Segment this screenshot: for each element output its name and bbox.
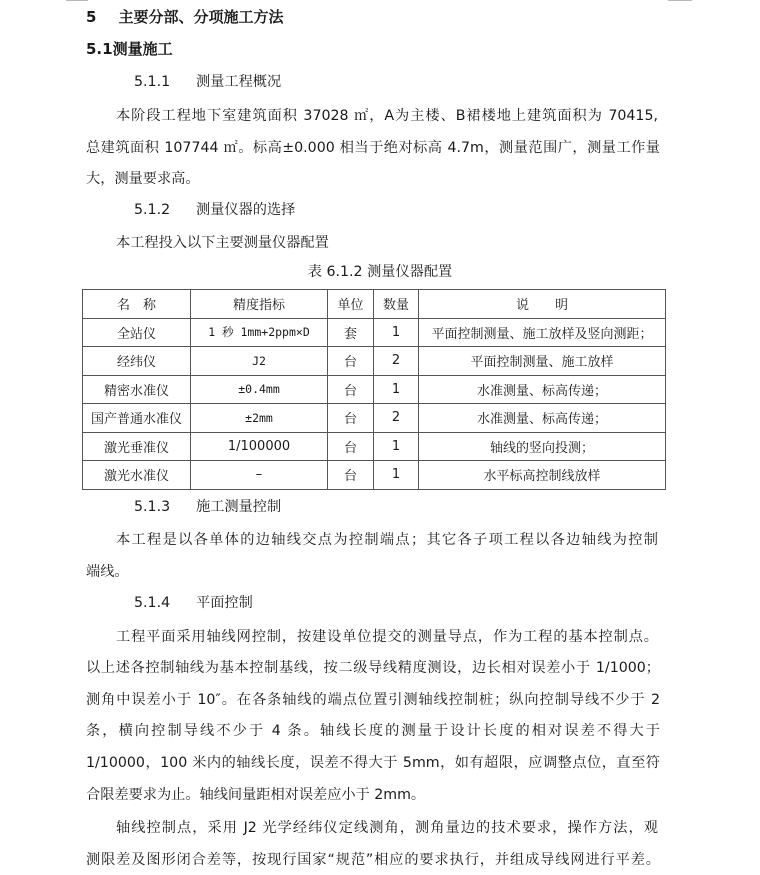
cell-precision: J2 <box>191 347 328 376</box>
cell-quantity: 1 <box>374 318 419 347</box>
section-number: 5.1.2 <box>134 200 196 220</box>
paragraph-line: 合限差要求为止。轴线间量距相对误差应小于 2mm。 <box>86 785 425 805</box>
cell-unit: 台 <box>328 432 374 461</box>
cell-name: 激光水准仪 <box>83 461 191 490</box>
page-corner-mark-left <box>66 0 88 1</box>
header-cell-quantity: 数量 <box>374 290 419 319</box>
section-number: 5.1.4 <box>134 593 196 613</box>
paragraph-line: 条，横向控制导线不少于 4 条。轴线长度的测量于设计长度的相对误差不得大于 <box>86 721 660 741</box>
cell-precision: ±0.4mm <box>191 375 328 404</box>
paragraph-line: 1/10000，100 米内的轴线长度，误差不得大于 5mm，如有超限，应调整点… <box>86 753 660 773</box>
section-heading-5-1-1: 5.1.1测量工程概况 <box>134 72 281 92</box>
cell-quantity: 1 <box>374 432 419 461</box>
table-row: 激光水准仪 – 台 1 水平标高控制线放样 <box>83 461 666 490</box>
header-cell-precision: 精度指标 <box>191 290 328 319</box>
section-heading-5-1-4: 5.1.4平面控制 <box>134 593 253 613</box>
cell-quantity: 2 <box>374 404 419 433</box>
cell-quantity: 1 <box>374 461 419 490</box>
cell-precision: 1/100000 <box>191 432 328 461</box>
cell-unit: 台 <box>328 404 374 433</box>
table-row: 经纬仪 J2 台 2 平面控制测量、施工放样 <box>83 347 666 376</box>
section-heading-5-1-2: 5.1.2测量仪器的选择 <box>134 200 295 220</box>
section-title: 测量仪器的选择 <box>196 202 295 218</box>
table-row: 国产普通水准仪 ±2mm 台 2 水准测量、标高传递； <box>83 404 666 433</box>
cell-name: 国产普通水准仪 <box>83 404 191 433</box>
cell-name: 经纬仪 <box>83 347 191 376</box>
section-number: 5.1.3 <box>134 497 196 517</box>
section-title: 施工测量控制 <box>196 499 281 515</box>
cell-description: 轴线的竖向投测； <box>419 432 666 461</box>
paragraph-line: 本工程投入以下主要测量仪器配置 <box>116 233 329 253</box>
cell-description: 水准测量、标高传递； <box>419 375 666 404</box>
header-cell-name: 名 称 <box>83 290 191 319</box>
section-number: 5.1.1 <box>134 72 196 92</box>
table-row: 激光垂准仪 1/100000 台 1 轴线的竖向投测； <box>83 432 666 461</box>
cell-name: 全站仪 <box>83 318 191 347</box>
heading-1-number: 5 <box>86 8 96 26</box>
header-cell-description: 说 明 <box>419 290 666 319</box>
cell-description: 水平标高控制线放样 <box>419 461 666 490</box>
paragraph-line: 轴线控制点，采用 J2 光学经纬仪定线测角，测角量边的技术要求，操作方法，观 <box>116 818 658 838</box>
header-cell-unit: 单位 <box>328 290 374 319</box>
cell-quantity: 2 <box>374 347 419 376</box>
cell-description: 平面控制测量、施工放样及竖向测距； <box>419 318 666 347</box>
heading-1: 5主要分部、分项施工方法 <box>86 7 283 27</box>
cell-precision: ±2mm <box>191 404 328 433</box>
paragraph-line: 端线。 <box>86 562 129 582</box>
cell-name: 精密水准仪 <box>83 375 191 404</box>
heading-2: 5.1测量施工 <box>86 39 173 59</box>
section-heading-5-1-3: 5.1.3施工测量控制 <box>134 497 281 517</box>
paragraph-line: 本阶段工程地下室建筑面积 37028 ㎡，A为主楼、B裙楼地上建筑面积为 704… <box>116 106 658 126</box>
cell-precision: 1 秒 1mm+2ppm×D <box>191 318 328 347</box>
cell-precision: – <box>191 461 328 490</box>
paragraph-line: 测角中误差小于 10″。在各条轴线的端点位置引测轴线控制桩；纵向控制导线不少于 … <box>86 690 660 710</box>
cell-quantity: 1 <box>374 375 419 404</box>
cell-name: 激光垂准仪 <box>83 432 191 461</box>
heading-1-title: 主要分部、分项施工方法 <box>118 8 283 26</box>
section-title: 测量工程概况 <box>196 74 281 90</box>
paragraph-line: 测限差及图形闭合差等，按现行国家“规范”相应的要求执行，并组成导线网进行平差。 <box>86 850 660 870</box>
cell-unit: 台 <box>328 461 374 490</box>
paragraph-line: 本工程是以各单体的边轴线交点为控制端点；其它各子项工程以各边轴线为控制 <box>116 530 658 550</box>
page-corner-mark-right <box>668 0 692 1</box>
cell-unit: 台 <box>328 375 374 404</box>
paragraph-line: 大，测量要求高。 <box>86 169 200 189</box>
table-caption: 表 6.1.2 测量仪器配置 <box>0 262 760 282</box>
cell-description: 平面控制测量、施工放样 <box>419 347 666 376</box>
cell-description: 水准测量、标高传递； <box>419 404 666 433</box>
cell-unit: 套 <box>328 318 374 347</box>
table-row: 全站仪 1 秒 1mm+2ppm×D 套 1 平面控制测量、施工放样及竖向测距； <box>83 318 666 347</box>
paragraph-line: 总建筑面积 107744 ㎡。标高±0.000 相当于绝对标高 4.7m，测量范… <box>86 138 660 158</box>
instrument-table: 名 称 精度指标 单位 数量 说 明 全站仪 1 秒 1mm+2ppm×D 套 … <box>82 289 666 490</box>
table-row: 精密水准仪 ±0.4mm 台 1 水准测量、标高传递； <box>83 375 666 404</box>
paragraph-line: 工程平面采用轴线网控制，按建设单位提交的测量导点，作为工程的基本控制点。 <box>116 627 658 647</box>
paragraph-line: 以上述各控制轴线为基本控制基线，按二级导线精度测设，边长相对误差小于 1/100… <box>86 658 660 678</box>
cell-unit: 台 <box>328 347 374 376</box>
section-title: 平面控制 <box>196 595 253 611</box>
table-header-row: 名 称 精度指标 单位 数量 说 明 <box>83 290 666 319</box>
